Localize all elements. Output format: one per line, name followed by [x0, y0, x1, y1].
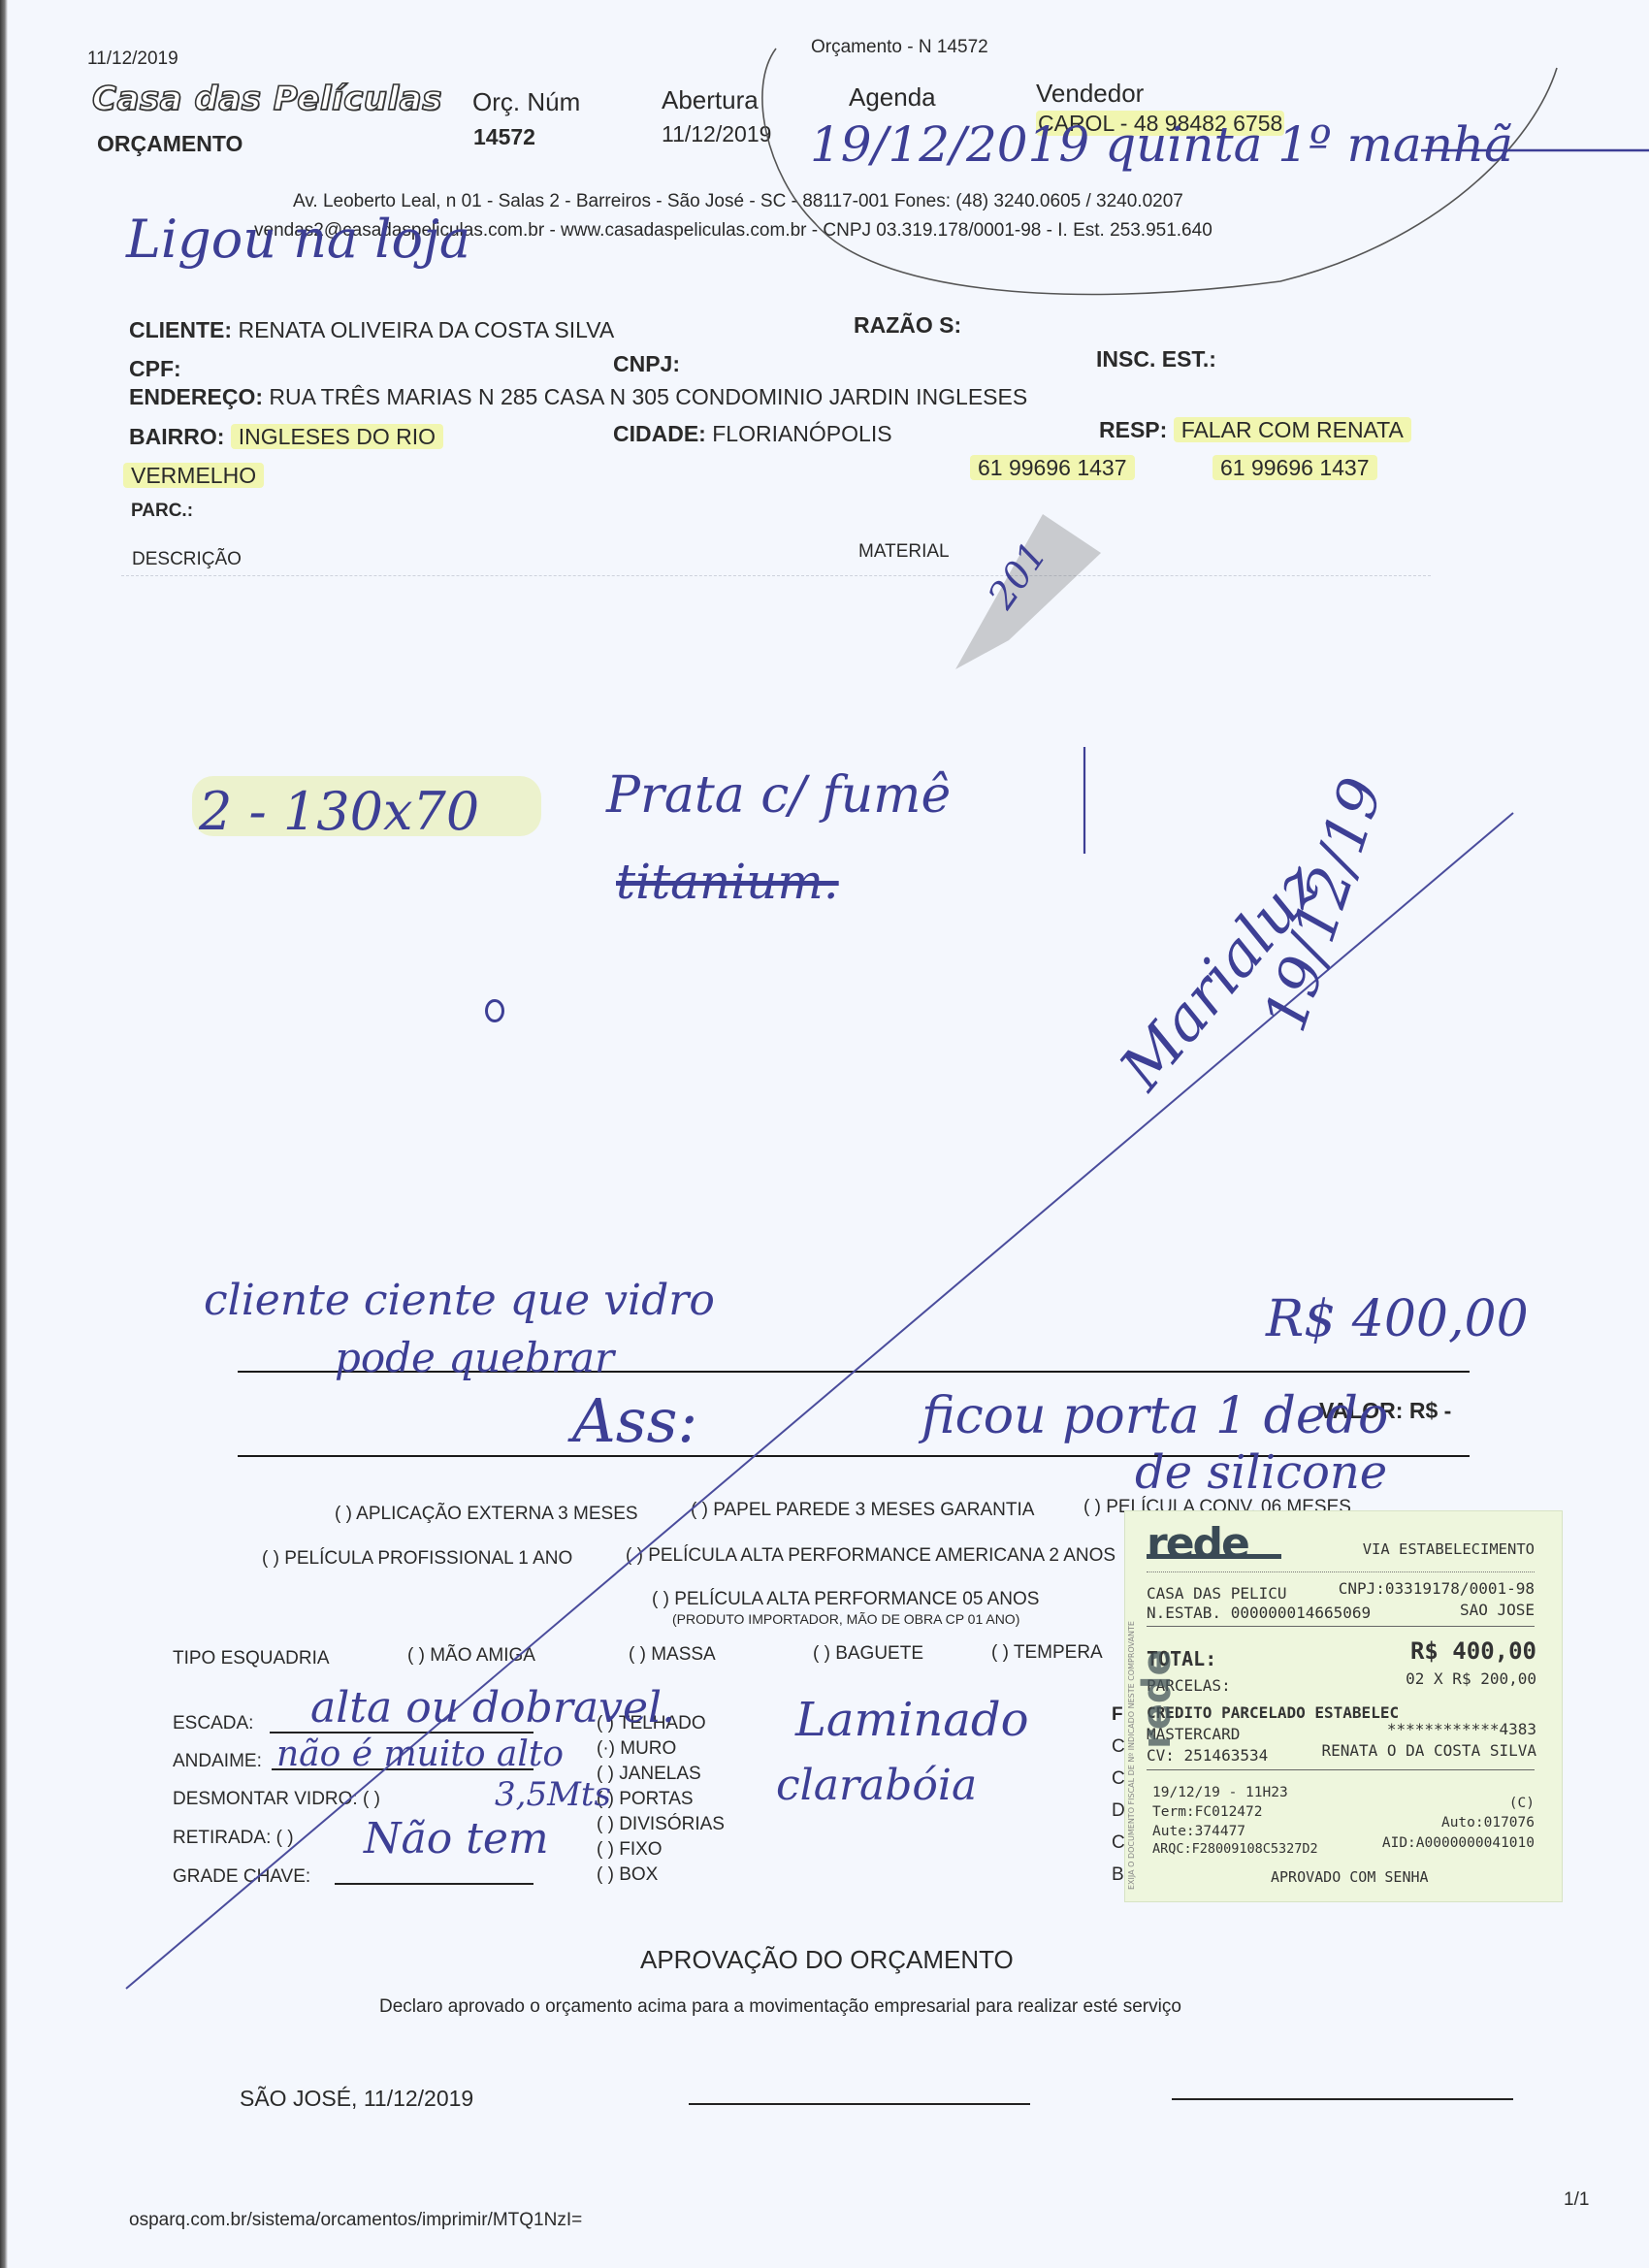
receipt-cnpj: CNPJ:03319178/0001-98	[1339, 1579, 1535, 1598]
receipt-auto: Auto:017076	[1441, 1815, 1535, 1831]
material-label: MATERIAL	[858, 541, 950, 563]
escada-label: ESCADA:	[173, 1713, 253, 1734]
receipt-holder: RENATA O DA COSTA SILVA	[1321, 1741, 1536, 1760]
receipt-mode: (C)	[1509, 1796, 1535, 1811]
parc-label: PARC.:	[131, 501, 193, 522]
bairro-value-cont: VERMELHO	[123, 463, 264, 489]
resp-label: RESP:	[1099, 417, 1167, 442]
abertura-label: Abertura	[662, 85, 759, 115]
phone-2-value: 61 99696 1437	[1212, 455, 1377, 480]
receipt-aid: AID:A0000000041010	[1382, 1835, 1535, 1851]
print-date: 11/12/2019	[87, 49, 178, 70]
endereco-field: ENDEREÇO: RUA TRÊS MARIAS N 285 CASA N 3…	[129, 384, 1027, 410]
orc-num-value: 14572	[473, 124, 535, 150]
location-janelas[interactable]: ( ) JANELAS	[597, 1764, 701, 1785]
bairro-label: BAIRRO:	[129, 424, 224, 449]
option-pelicula-americana[interactable]: ( ) PELÍCULA ALTA PERFORMANCE AMERICANA …	[626, 1545, 1115, 1567]
cnpj-label: CNPJ:	[613, 351, 680, 377]
payment-letter-f: F	[1112, 1704, 1123, 1726]
phone-1-value: 61 99696 1437	[970, 455, 1135, 480]
handwritten-note-1: cliente ciente que vidro	[204, 1276, 715, 1325]
footer-url[interactable]: osparq.com.br/sistema/orcamentos/imprimi…	[129, 2210, 582, 2231]
card-receipt: EXIJA O DOCUMENTO FISCAL DE Nº INDICADO …	[1125, 1511, 1562, 1901]
handwritten-ligou-na-loja: Ligou na loja	[126, 209, 470, 270]
doc-type: ORÇAMENTO	[97, 131, 242, 157]
descricao-divider	[121, 575, 1431, 576]
insc-est-label: INSC. EST.:	[1096, 346, 1216, 373]
payment-letter-c3: C	[1112, 1832, 1125, 1854]
option-papel-parede[interactable]: ( ) PAPEL PAREDE 3 MESES GARANTIA	[691, 1500, 1034, 1521]
receipt-estab: N.ESTAB. 000000014665069	[1147, 1604, 1371, 1622]
location-box[interactable]: ( ) BOX	[597, 1864, 658, 1886]
andaime-label: ANDAIME:	[173, 1751, 262, 1772]
receipt-arqc: ARQC:F28009108C5327D2	[1152, 1841, 1318, 1857]
vendedor-label: Vendedor	[1036, 79, 1144, 109]
phone-1: 61 99696 1437	[970, 455, 1135, 481]
page-number: 1/1	[1564, 2189, 1589, 2211]
handwritten-ass: Ass:	[572, 1385, 697, 1456]
scan-edge	[0, 0, 8, 2268]
handwritten-obs-1: ficou porta 1 dedo	[921, 1387, 1388, 1445]
grade-chave-line	[335, 1883, 533, 1885]
signature-line-2[interactable]	[1172, 2098, 1513, 2100]
resp-field: RESP: FALAR COM RENATA	[1099, 417, 1411, 443]
option-pelicula-profissional[interactable]: ( ) PELÍCULA PROFISSIONAL 1 ANO	[262, 1548, 572, 1570]
cliente-label: CLIENTE:	[129, 317, 232, 342]
bairro-value: INGLESES DO RIO	[231, 424, 443, 449]
handwritten-height: 3,5Mts	[495, 1775, 611, 1814]
receipt-aute: Aute:374477	[1152, 1824, 1245, 1839]
endereco-value: RUA TRÊS MARIAS N 285 CASA N 305 CONDOMI…	[269, 384, 1027, 409]
payment-letter-c2: C	[1112, 1768, 1125, 1790]
receipt-divider-2	[1147, 1626, 1535, 1627]
esquadria-label: TIPO ESQUADRIA	[173, 1648, 330, 1669]
receipt-datetime: 19/12/19 - 11H23	[1152, 1785, 1288, 1800]
receipt-merchant: CASA DAS PELICU	[1147, 1584, 1287, 1603]
option-aplicacao-externa[interactable]: ( ) APLICAÇÃO EXTERNA 3 MESES	[335, 1504, 638, 1525]
bairro-value-line2: VERMELHO	[123, 463, 264, 488]
payment-letter-d: D	[1112, 1800, 1125, 1822]
payment-letter-c1: C	[1112, 1736, 1125, 1758]
receipt-parcelas-value: 02 X R$ 200,00	[1406, 1669, 1536, 1688]
signature-line-1[interactable]	[689, 2103, 1030, 2105]
cidade-value: FLORIANÓPOLIS	[712, 421, 891, 446]
handwritten-note-2: pode quebrar	[335, 1334, 614, 1381]
esquadria-baguete[interactable]: ( ) BAGUETE	[813, 1643, 923, 1665]
phone-2: 61 99696 1437	[1212, 455, 1377, 481]
cidade-field: CIDADE: FLORIANÓPOLIS	[613, 421, 892, 447]
company-logo: Casa das Películas	[92, 80, 442, 118]
approval-declaration: Declaro aprovado o orçamento acima para …	[379, 1996, 1181, 2018]
receipt-city: SAO JOSE	[1460, 1601, 1535, 1619]
cpf-label: CPF:	[129, 356, 181, 382]
cliente-field: CLIENTE: RENATA OLIVEIRA DA COSTA SILVA	[129, 317, 614, 343]
handwritten-glass-location: clarabóia	[776, 1761, 977, 1810]
handwritten-retirada-value: Não tem	[364, 1814, 549, 1863]
handwritten-andaime-value: não é muito alto	[276, 1734, 564, 1774]
handwritten-obs-2: de silicone	[1135, 1445, 1387, 1500]
doc-reference: Orçamento - N 14572	[811, 37, 988, 58]
descricao-label: DESCRIÇÃO	[132, 549, 242, 570]
receipt-card-number: ************4383	[1387, 1720, 1536, 1738]
handwritten-price: R$ 400,00	[1266, 1290, 1529, 1348]
receipt-divider-3	[1147, 1769, 1535, 1770]
payment-letter-b: B	[1112, 1864, 1124, 1886]
handwritten-item-desc-1: Prata c/ fumê	[606, 766, 951, 825]
abertura-value: 11/12/2019	[662, 121, 771, 147]
agenda-label: Agenda	[849, 82, 936, 113]
receipt-divider-1	[1147, 1571, 1535, 1572]
handwritten-item-desc-2: titanium.	[616, 854, 839, 910]
handwritten-escada-value: alta ou dobravel.	[310, 1683, 675, 1733]
receipt-term: Term:FC012472	[1152, 1804, 1263, 1820]
handwritten-glass-type: Laminado	[795, 1693, 1029, 1747]
cidade-label: CIDADE:	[613, 421, 706, 446]
endereco-label: ENDEREÇO:	[129, 384, 263, 409]
location-fixo[interactable]: ( ) FIXO	[597, 1839, 663, 1861]
approval-place-date: SÃO JOSÉ, 11/12/2019	[240, 2086, 473, 2112]
bairro-field: BAIRRO: INGLESES DO RIO	[129, 424, 443, 450]
option-pelicula-05-anos[interactable]: ( ) PELÍCULA ALTA PERFORMANCE 05 ANOS	[652, 1589, 1039, 1610]
cliente-value: RENATA OLIVEIRA DA COSTA SILVA	[238, 317, 614, 342]
location-divisorias[interactable]: ( ) DIVISÓRIAS	[597, 1814, 725, 1835]
esquadria-mao-amiga[interactable]: ( ) MÃO AMIGA	[407, 1645, 535, 1667]
desmontar-label[interactable]: DESMONTAR VIDRO: ( )	[173, 1789, 380, 1810]
orc-num-label: Orç. Núm	[472, 87, 580, 117]
receipt-total-value: R$ 400,00	[1410, 1637, 1536, 1665]
location-muro[interactable]: (·) MURO	[597, 1738, 676, 1760]
razao-label: RAZÃO S:	[854, 312, 961, 339]
resp-value: FALAR COM RENATA	[1174, 417, 1411, 442]
approval-title: APROVAÇÃO DO ORÇAMENTO	[640, 1945, 1014, 1975]
grade-chave-label: GRADE CHAVE:	[173, 1866, 310, 1888]
handwritten-agenda-note: 19/12/2019 quinta 1º manhã	[810, 116, 1513, 173]
film-note: (PRODUTO IMPORTADOR, MÃO DE OBRA CP 01 A…	[672, 1611, 1019, 1627]
handwritten-item-dimensions: 2 - 130x70	[199, 781, 479, 842]
rede-logo: rede	[1147, 1519, 1248, 1569]
receipt-copy-label: VIA ESTABELECIMENTO	[1363, 1540, 1535, 1558]
retirada-label[interactable]: RETIRADA: ( )	[173, 1828, 294, 1849]
esquadria-tempera[interactable]: ( ) TEMPERA	[991, 1642, 1103, 1664]
ink-dot	[485, 999, 504, 1022]
receipt-type: CREDITO PARCELADO ESTABELEC	[1147, 1703, 1399, 1722]
rede-vertical-logo: rede	[1135, 1649, 1180, 1749]
esquadria-massa[interactable]: ( ) MASSA	[629, 1644, 716, 1666]
receipt-status: APROVADO COM SENHA	[1271, 1868, 1429, 1886]
